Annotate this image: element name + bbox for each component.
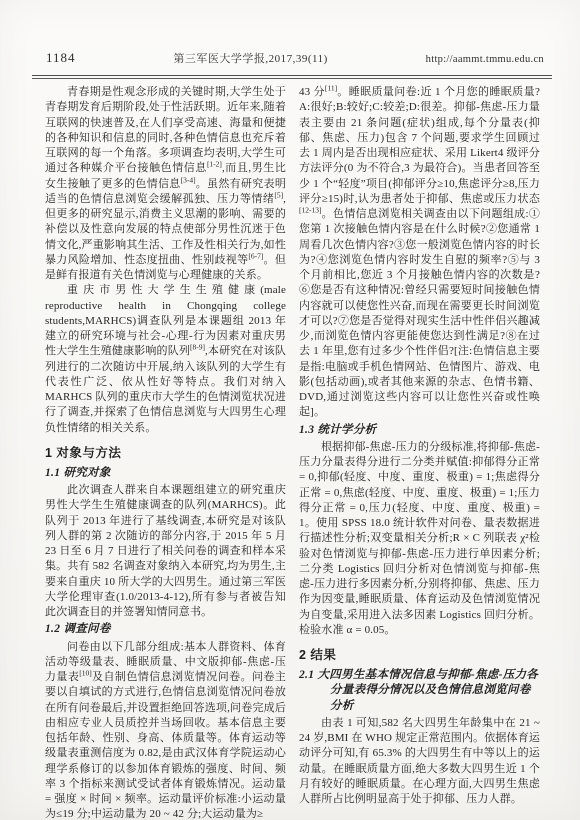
page-header: 1184 第三军医大学学报,2017,39(11) http://aammt.t… — [46, 50, 544, 66]
left-column: 青春期是性观念形成的关键时期,大学生处于青春期发育后期阶段,处于性活跃期。近年来… — [45, 85, 286, 820]
section-heading: 2 结果 — [299, 645, 540, 663]
reference-superscript: [5] — [274, 190, 283, 199]
reference-superscript: [10] — [79, 668, 92, 677]
reference-superscript: [12-13] — [299, 205, 322, 214]
right-column: 43 分[11]。睡眠质量问卷:近 1 个月您的睡眠质量?A:很好;B:较好;C… — [299, 85, 540, 820]
paragraph: 青春期是性观念形成的关键时期,大学生处于青春期发育后期阶段,处于性活跃期。近年来… — [45, 85, 286, 283]
paragraph: 由表 1 可知,582 名大四男生年龄集中在 21 ~ 24 岁,BMI 在 W… — [299, 716, 540, 808]
paragraph: 43 分[11]。睡眠质量问卷:近 1 个月您的睡眠质量?A:很好;B:较好;C… — [299, 85, 540, 421]
paragraph: 问卷由以下几部分组成:基本人群资料、体育活动等级量表、睡眠质量、中文版抑郁-焦虑… — [45, 640, 286, 820]
reference-superscript: [6-7] — [248, 251, 263, 260]
journal-url: http://aammt.tmmu.edu.cn — [426, 54, 544, 65]
journal-title: 第三军医大学学报,2017,39(11) — [173, 50, 327, 66]
subsection-heading: 2.1 大四男生基本情况信息与抑郁-焦虑-压力各分量表得分情况以及色情信息浏览问… — [299, 668, 540, 714]
subsection-heading: 1.3 统计学分析 — [299, 423, 540, 438]
article-body: 青春期是性观念形成的关键时期,大学生处于青春期发育后期阶段,处于性活跃期。近年来… — [45, 85, 541, 820]
subsection-heading: 1.2 调查问卷 — [45, 622, 286, 637]
reference-superscript: [1-2] — [207, 160, 222, 169]
reference-superscript: [11] — [325, 83, 337, 92]
page-number: 1184 — [46, 50, 76, 66]
reference-superscript: [8-9] — [190, 343, 205, 352]
reference-superscript: [3-4] — [181, 175, 196, 184]
subsection-heading: 1.1 研究对象 — [45, 466, 286, 481]
paragraph: 重庆市男性大学生生殖健康(male reproductive health in… — [45, 283, 286, 436]
journal-page: 1184 第三军医大学学报,2017,39(11) http://aammt.t… — [0, 0, 580, 820]
header-rule — [32, 75, 552, 79]
paragraph: 此次调查人群来自本课题组建立的研究重庆男性大学生生殖健康调查的队列(MARHCS… — [45, 483, 286, 620]
section-heading: 1 对象与方法 — [45, 443, 286, 461]
paragraph: 根据抑郁-焦虑-压力的分级标准,将抑郁-焦虑-压力分量表得分进行二分类并赋值:抑… — [299, 440, 540, 638]
